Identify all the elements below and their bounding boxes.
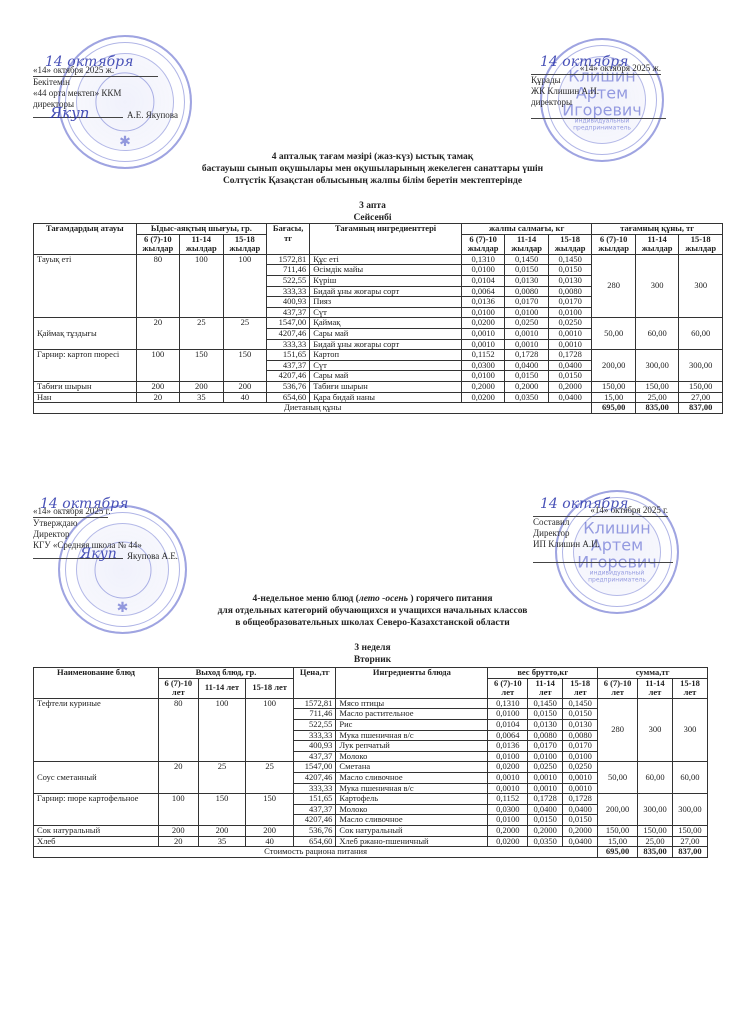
col-price: Цена,тг (294, 668, 336, 699)
ingredient-name: Қара бидай наны (310, 392, 462, 403)
total-cost: 835,00 (635, 403, 679, 414)
age-group-header: 11-14жылдар (505, 234, 549, 254)
total-cost: 835,00 (638, 847, 673, 858)
dish-yield: 200 (246, 825, 294, 836)
ingredient-name: Мука пшеничная в/с (336, 730, 488, 741)
ingredient-weight: 0,0250 (528, 762, 563, 773)
handwritten-date: 14 октября (45, 54, 133, 70)
ingredient-weight: 0,0010 (488, 783, 528, 794)
ingredient-name: Масло растительное (336, 709, 488, 720)
ingredient-weight: 0,0136 (488, 741, 528, 752)
dish-yield: 100 (223, 254, 267, 318)
ingredient-price: 437,37 (267, 307, 310, 318)
dish-yield: 20 (158, 762, 198, 794)
ingredient-weight: 0,0170 (563, 741, 598, 752)
ingredient-weight: 0,0150 (505, 371, 549, 382)
dish-cost: 25,00 (635, 392, 679, 403)
ingredient-weight: 0,0010 (548, 328, 592, 339)
table-row: Қаймақ тұздығы2025251547,00Қаймақ0,02000… (34, 318, 723, 329)
col-yield: Ыдыс-аяқтың шығуы, гр. (136, 224, 267, 235)
ingredient-weight: 0,0200 (488, 762, 528, 773)
total-cost: 837,00 (679, 403, 723, 414)
dish-yield: 200 (223, 381, 267, 392)
dish-cost: 300,00 (679, 350, 723, 382)
ingredient-name: Рис (336, 719, 488, 730)
dish-yield: 80 (158, 698, 198, 762)
dish-cost: 50,00 (598, 762, 638, 794)
ingredient-weight: 0,0100 (461, 265, 505, 276)
col-weight: жалпы салмағы, кг (461, 224, 592, 235)
ingredient-name: Сметана (336, 762, 488, 773)
ingredient-weight: 0,0100 (548, 307, 592, 318)
ingredient-name: Мясо птицы (336, 698, 488, 709)
ingredient-price: 333,33 (294, 783, 336, 794)
ingredient-weight: 0,2000 (548, 381, 592, 392)
dish-yield: 200 (180, 381, 224, 392)
ingredient-name: Картоп (310, 350, 462, 361)
table-row: Хлеб203540654,60Хлеб ржано-пшеничный0,02… (34, 836, 708, 847)
dish-yield: 25 (246, 762, 294, 794)
star-icon: ✱ (119, 134, 131, 151)
ingredient-weight: 0,0100 (461, 307, 505, 318)
ingredient-price: 4207,46 (294, 815, 336, 826)
ingredient-weight: 0,0200 (461, 392, 505, 403)
dish-yield: 100 (180, 254, 224, 318)
ingredient-weight: 0,0150 (505, 265, 549, 276)
dish-yield: 35 (180, 392, 224, 403)
ingredient-price: 522,55 (294, 719, 336, 730)
ingredient-weight: 0,0064 (461, 286, 505, 297)
approval-line: Директор (33, 529, 178, 540)
ingredient-weight: 0,0400 (563, 836, 598, 847)
ingredient-weight: 0,0300 (488, 804, 528, 815)
ingredient-weight: 0,0170 (548, 297, 592, 308)
dish-name: Табиғи шырын (34, 381, 137, 392)
col-ingredients: Тағамның ингредиенттері (310, 224, 462, 255)
dish-cost: 60,00 (679, 318, 723, 350)
age-group-header: 6 (7)-10лет (158, 678, 198, 698)
ingredient-weight: 0,0104 (461, 275, 505, 286)
dish-name: Хлеб (34, 836, 159, 847)
week-label: 3 неделя Вторник (0, 642, 745, 666)
dish-cost: 50,00 (592, 318, 636, 350)
dish-cost: 15,00 (592, 392, 636, 403)
ingredient-weight: 0,0130 (528, 719, 563, 730)
ingredient-weight: 0,0010 (488, 772, 528, 783)
ingredient-weight: 0,0130 (563, 719, 598, 730)
age-group-header: 15-18лет (563, 678, 598, 698)
total-cost: 695,00 (598, 847, 638, 858)
ingredient-price: 654,60 (294, 836, 336, 847)
age-group-header: 11-14жылдар (180, 234, 224, 254)
col-dish-name: Наименование блюд (34, 668, 159, 699)
approval-line: Бекітемін (33, 77, 178, 88)
dish-cost: 150,00 (592, 381, 636, 392)
dish-cost: 300 (679, 254, 723, 318)
ingredient-price: 711,46 (294, 709, 336, 720)
approval-line: ЖК Клишин А.И. (531, 86, 666, 97)
age-group-header: 15-18жылдар (679, 234, 723, 254)
ingredient-price: 4207,46 (267, 328, 310, 339)
age-group-header: 6 (7)-10лет (598, 678, 638, 698)
table-row: Тауық еті801001001572,81Құс еті0,13100,1… (34, 254, 723, 265)
ingredient-weight: 0,0200 (488, 836, 528, 847)
ingredient-name: Молоко (336, 751, 488, 762)
dish-yield: 100 (158, 794, 198, 826)
ingredient-price: 654,60 (267, 392, 310, 403)
ingredient-price: 437,37 (294, 751, 336, 762)
approval-block-right: «14» октября 2025 г. Составил Директор И… (533, 505, 673, 563)
ingredient-weight: 0,1152 (461, 350, 505, 361)
age-group-header: 6 (7)-10жылдар (592, 234, 636, 254)
dish-name: Тефтели куриные (34, 698, 159, 762)
ingredient-weight: 0,0150 (563, 709, 598, 720)
ingredient-weight: 0,2000 (461, 381, 505, 392)
dish-name: Сок натуральный (34, 825, 159, 836)
dish-yield: 100 (198, 698, 245, 762)
ingredient-weight: 0,0010 (505, 328, 549, 339)
dish-yield: 25 (198, 762, 245, 794)
ingredient-weight: 0,1450 (563, 698, 598, 709)
menu-title-ru: 4-недельное меню блюд (лето -осень ) гор… (0, 593, 745, 629)
ingredient-name: Мука пшеничная в/с (336, 783, 488, 794)
approval-line: ИП Клишин А.И. (533, 539, 673, 550)
approval-line: Утверждаю (33, 518, 178, 529)
dish-cost: 60,00 (638, 762, 673, 794)
menu-table-ru: Наименование блюдВыход блюд, гр.Цена,тгИ… (33, 667, 708, 858)
ingredient-price: 333,33 (294, 730, 336, 741)
ingredient-weight: 0,1728 (563, 794, 598, 805)
age-group-header: 15-18жылдар (223, 234, 267, 254)
age-group-header: 11-14жылдар (635, 234, 679, 254)
dish-cost: 150,00 (638, 825, 673, 836)
dish-yield: 200 (198, 825, 245, 836)
ingredient-weight: 0,0100 (461, 371, 505, 382)
signature: Якуп (80, 546, 117, 562)
ingredient-weight: 0,1450 (528, 698, 563, 709)
ingredient-weight: 0,0400 (563, 804, 598, 815)
ingredient-name: Молоко (336, 804, 488, 815)
ingredient-price: 437,37 (294, 804, 336, 815)
ingredient-price: 151,65 (267, 350, 310, 361)
dish-cost: 25,00 (638, 836, 673, 847)
ingredient-weight: 0,0080 (563, 730, 598, 741)
ingredient-weight: 0,0250 (563, 762, 598, 773)
ingredient-price: 1572,81 (267, 254, 310, 265)
dish-cost: 60,00 (672, 762, 707, 794)
ingredient-weight: 0,0170 (528, 741, 563, 752)
total-cost: 837,00 (672, 847, 707, 858)
ingredient-price: 4207,46 (267, 371, 310, 382)
dish-cost: 300 (638, 698, 673, 762)
ingredient-price: 1547,00 (267, 318, 310, 329)
total-cost: 695,00 (592, 403, 636, 414)
ingredient-weight: 0,0010 (505, 339, 549, 350)
ingredient-weight: 0,0350 (505, 392, 549, 403)
approval-line: «44 орта мектеп» ККМ (33, 88, 178, 99)
ingredient-name: Картофель (336, 794, 488, 805)
ingredient-weight: 0,0100 (488, 709, 528, 720)
ingredient-weight: 0,0010 (548, 339, 592, 350)
total-label: Диетаның құны (34, 403, 592, 414)
ingredient-name: Құс еті (310, 254, 462, 265)
ingredient-weight: 0,0250 (548, 318, 592, 329)
table-row: Тефтели куриные801001001572,81Мясо птицы… (34, 698, 708, 709)
dish-cost: 300,00 (635, 350, 679, 382)
ingredient-weight: 0,0130 (505, 275, 549, 286)
ingredient-weight: 0,0010 (461, 339, 505, 350)
ingredient-name: Сок натуральный (336, 825, 488, 836)
ingredient-weight: 0,0200 (461, 318, 505, 329)
age-group-header: 6 (7)-10жылдар (136, 234, 180, 254)
ingredient-weight: 0,0150 (563, 815, 598, 826)
dish-cost: 280 (592, 254, 636, 318)
title-line-1: 4-недельное меню блюд (лето -осень ) гор… (0, 593, 745, 605)
signature: Якуп (50, 104, 89, 122)
ingredient-name: Сары май (310, 371, 462, 382)
ingredient-price: 1547,00 (294, 762, 336, 773)
total-label: Стоимость рациона питания (34, 847, 598, 858)
dish-yield: 200 (136, 381, 180, 392)
ingredient-weight: 0,0080 (528, 730, 563, 741)
ingredient-name: Бидай ұны жоғары сорт (310, 339, 462, 350)
dish-cost: 200,00 (598, 794, 638, 826)
ingredient-price: 711,46 (267, 265, 310, 276)
col-price: Бағасы,тг (267, 224, 310, 255)
dish-yield: 100 (246, 698, 294, 762)
dish-yield: 150 (180, 350, 224, 382)
ingredient-weight: 0,2000 (488, 825, 528, 836)
ingredient-weight: 0,0100 (563, 751, 598, 762)
dish-name: Соус сметанный (34, 762, 159, 794)
signer-name: А.Е. Якупова (127, 110, 178, 120)
week-label: 3 апта Сейсенбі (0, 200, 745, 224)
table-row: Соус сметанный2025251547,00Сметана0,0200… (34, 762, 708, 773)
ingredient-weight: 0,1728 (505, 350, 549, 361)
dish-yield: 200 (158, 825, 198, 836)
dish-yield: 35 (198, 836, 245, 847)
ingredient-name: Сүт (310, 360, 462, 371)
ingredient-name: Масло сливочное (336, 772, 488, 783)
dish-yield: 20 (136, 318, 180, 350)
dish-yield: 80 (136, 254, 180, 318)
ingredient-price: 536,76 (294, 825, 336, 836)
ingredient-weight: 0,0136 (461, 297, 505, 308)
ingredient-name: Лук репчатый (336, 741, 488, 752)
ingredient-weight: 0,1310 (488, 698, 528, 709)
dish-name: Гарнир: картоп пюресі (34, 350, 137, 382)
dish-yield: 20 (158, 836, 198, 847)
table-row: Гарнир: пюре картофельное100150150151,65… (34, 794, 708, 805)
header-row: Тағамдардың атауыЫдыс-аяқтың шығуы, гр.Б… (34, 224, 723, 235)
dish-cost: 150,00 (635, 381, 679, 392)
ingredient-price: 522,55 (267, 275, 310, 286)
ingredient-name: Сары май (310, 328, 462, 339)
age-group-header: 6 (7)-10лет (488, 678, 528, 698)
col-weight: вес брутто,кг (488, 668, 598, 679)
dish-yield: 100 (136, 350, 180, 382)
ingredient-weight: 0,0350 (528, 836, 563, 847)
dish-cost: 300,00 (672, 794, 707, 826)
signer-name: Якупова А.Е. (127, 551, 178, 561)
header-row: Наименование блюдВыход блюд, гр.Цена,тгИ… (34, 668, 708, 679)
dish-cost: 280 (598, 698, 638, 762)
dish-cost: 150,00 (672, 825, 707, 836)
ingredient-weight: 0,0250 (505, 318, 549, 329)
ingredient-weight: 0,0010 (528, 772, 563, 783)
ingredient-weight: 0,0400 (528, 804, 563, 815)
age-group-header: 11-14 лет (198, 678, 245, 698)
total-row: Стоимость рациона питания695,00835,00837… (34, 847, 708, 858)
ingredient-name: Бидай ұны жоғары сорт (310, 286, 462, 297)
age-group-header: 15-18лет (672, 678, 707, 698)
table-row: Сок натуральный200200200536,76Сок натура… (34, 825, 708, 836)
ingredient-weight: 0,1152 (488, 794, 528, 805)
ingredient-price: 1572,81 (294, 698, 336, 709)
ingredient-price: 333,33 (267, 286, 310, 297)
ingredient-weight: 0,2000 (505, 381, 549, 392)
ingredient-weight: 0,1728 (528, 794, 563, 805)
menu-title-kz: 4 апталық тағам мәзірі (жаз-күз) ыстық т… (0, 151, 745, 187)
ingredient-weight: 0,0400 (505, 360, 549, 371)
approval-block-right: «14» октября 2025 ж. Құрады ЖК Клишин А.… (531, 63, 666, 119)
ingredient-weight: 0,0010 (461, 328, 505, 339)
table-row: Гарнир: картоп пюресі100150150151,65Карт… (34, 350, 723, 361)
dish-name: Нан (34, 392, 137, 403)
age-group-header: 11-14лет (528, 678, 563, 698)
dish-name: Қаймақ тұздығы (34, 318, 137, 350)
ingredient-weight: 0,0150 (548, 371, 592, 382)
ingredient-weight: 0,0400 (548, 360, 592, 371)
ingredient-weight: 0,0080 (505, 286, 549, 297)
ingredient-weight: 0,0100 (505, 307, 549, 318)
dish-yield: 25 (223, 318, 267, 350)
col-yield: Выход блюд, гр. (158, 668, 293, 679)
table-row: Нан203540654,60Қара бидай наны0,02000,03… (34, 392, 723, 403)
ingredient-weight: 0,0150 (548, 265, 592, 276)
dish-cost: 150,00 (598, 825, 638, 836)
dish-yield: 150 (223, 350, 267, 382)
ingredient-name: Табиғи шырын (310, 381, 462, 392)
dish-cost: 300 (672, 698, 707, 762)
menu-table-kz: Тағамдардың атауыЫдыс-аяқтың шығуы, гр.Б… (33, 223, 723, 414)
approval-line: директоры (531, 97, 666, 108)
ingredient-weight: 0,2000 (563, 825, 598, 836)
ingredient-weight: 0,0150 (528, 815, 563, 826)
approval-line: Құрады (531, 75, 666, 86)
ingredient-weight: 0,0300 (461, 360, 505, 371)
dish-yield: 150 (198, 794, 245, 826)
ingredient-weight: 0,0080 (548, 286, 592, 297)
ingredient-weight: 0,0400 (548, 392, 592, 403)
total-row: Диетаның құны695,00835,00837,00 (34, 403, 723, 414)
ingredient-name: Өсімдік майы (310, 265, 462, 276)
ingredient-price: 151,65 (294, 794, 336, 805)
dish-cost: 300 (635, 254, 679, 318)
ingredient-weight: 0,0010 (563, 783, 598, 794)
dish-yield: 150 (246, 794, 294, 826)
dish-cost: 15,00 (598, 836, 638, 847)
ingredient-weight: 0,0150 (528, 709, 563, 720)
table-row: Табиғи шырын200200200536,76Табиғи шырын0… (34, 381, 723, 392)
approval-line: Директор (533, 528, 673, 539)
age-group-header: 6 (7)-10жылдар (461, 234, 505, 254)
dish-yield: 25 (180, 318, 224, 350)
dish-yield: 20 (136, 392, 180, 403)
ingredient-weight: 0,1310 (461, 254, 505, 265)
age-group-header: 11-14лет (638, 678, 673, 698)
ingredient-price: 400,93 (267, 297, 310, 308)
signature: 14 октября (540, 496, 628, 512)
ingredient-weight: 0,0100 (488, 815, 528, 826)
ingredient-weight: 0,0064 (488, 730, 528, 741)
ingredient-price: 333,33 (267, 339, 310, 350)
dish-yield: 40 (246, 836, 294, 847)
dish-cost: 27,00 (679, 392, 723, 403)
col-cost: тағамның құны, тг (592, 224, 723, 235)
age-group-header: 15-18 лет (246, 678, 294, 698)
col-ingredients: Ингредиенты блюда (336, 668, 488, 699)
dish-cost: 200,00 (592, 350, 636, 382)
col-dish-name: Тағамдардың атауы (34, 224, 137, 255)
ingredient-name: Масло сливочное (336, 815, 488, 826)
ingredient-weight: 0,0010 (528, 783, 563, 794)
signature: 14 октября (540, 54, 628, 70)
ingredient-weight: 0,0170 (505, 297, 549, 308)
ingredient-weight: 0,0130 (548, 275, 592, 286)
handwritten-date: 14 октября (40, 496, 128, 512)
ingredient-name: Қаймақ (310, 318, 462, 329)
ingredient-name: Пияз (310, 297, 462, 308)
dish-yield: 40 (223, 392, 267, 403)
ingredient-weight: 0,0100 (488, 751, 528, 762)
col-cost: сумма,тг (598, 668, 708, 679)
ingredient-price: 4207,46 (294, 772, 336, 783)
approval-line: Составил (533, 517, 673, 528)
ingredient-price: 400,93 (294, 741, 336, 752)
dish-cost: 150,00 (679, 381, 723, 392)
dish-name: Гарнир: пюре картофельное (34, 794, 159, 826)
ingredient-weight: 0,0100 (528, 751, 563, 762)
dish-cost: 27,00 (672, 836, 707, 847)
dish-cost: 300,00 (638, 794, 673, 826)
ingredient-weight: 0,1450 (548, 254, 592, 265)
dish-cost: 60,00 (635, 318, 679, 350)
ingredient-name: Сүт (310, 307, 462, 318)
ingredient-price: 536,76 (267, 381, 310, 392)
ingredient-weight: 0,1728 (548, 350, 592, 361)
ingredient-name: Күріш (310, 275, 462, 286)
age-group-header: 15-18жылдар (548, 234, 592, 254)
dish-name: Тауық еті (34, 254, 137, 318)
ingredient-weight: 0,0010 (563, 772, 598, 783)
ingredient-weight: 0,0104 (488, 719, 528, 730)
ingredient-price: 437,37 (267, 360, 310, 371)
ingredient-name: Хлеб ржано-пшеничный (336, 836, 488, 847)
ingredient-weight: 0,1450 (505, 254, 549, 265)
ingredient-weight: 0,2000 (528, 825, 563, 836)
